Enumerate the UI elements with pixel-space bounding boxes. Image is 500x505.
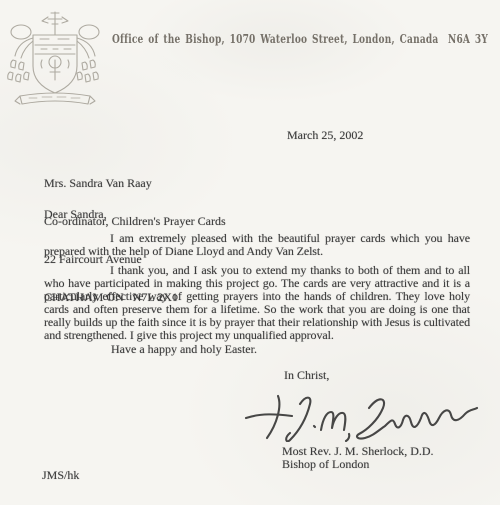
body-paragraph-1: I am extremely pleased with the beautifu…: [44, 232, 470, 258]
salutation: Dear Sandra,: [44, 207, 107, 222]
signatory-block: Most Rev. J. M. Sherlock, D.D. Bishop of…: [282, 445, 434, 471]
recipient-name: Mrs. Sandra Van Raay: [44, 177, 226, 190]
handwritten-signature: [243, 388, 480, 442]
letterhead-text: Office of the Bishop, 1070 Waterloo Stre…: [112, 31, 488, 46]
closing-line: In Christ,: [284, 368, 329, 383]
letter-date: March 25, 2002: [287, 128, 363, 143]
body-paragraph-3: Have a happy and holy Easter.: [44, 342, 470, 357]
signatory-title: Bishop of London: [282, 458, 434, 471]
reference-initials: JMS/hk: [42, 468, 79, 483]
bishop-coat-of-arms-icon: [4, 8, 106, 110]
body-paragraph-2: I thank you, and I ask you to extend my …: [44, 264, 470, 342]
letter-page: Office of the Bishop, 1070 Waterloo Stre…: [0, 0, 500, 505]
